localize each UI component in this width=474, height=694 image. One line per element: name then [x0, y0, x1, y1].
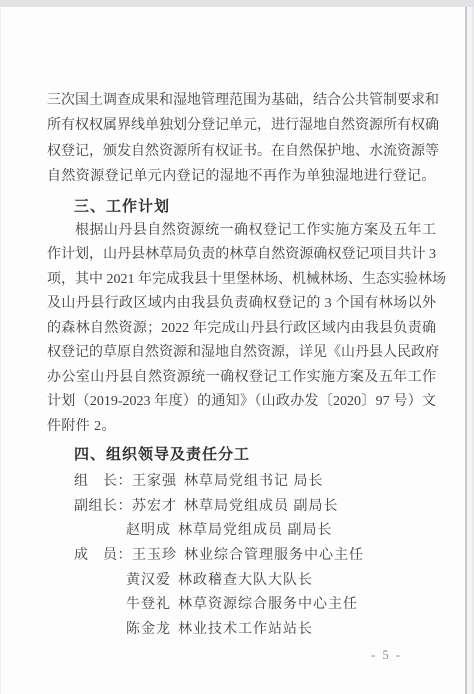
roster-person-name: 黄汉爱 [126, 569, 178, 594]
text-line: 作计划，山丹县林草局负责的林草自然资源确权登记项目共计 3 [47, 243, 436, 268]
work-plan-paragraph: 根据山丹县自然资源统一确权登记工作实施方案及五年工 作计划，山丹县林草局负责的林… [47, 219, 436, 440]
roster-role-label: 副组长： [74, 495, 132, 520]
intro-paragraph: 三次国土调查成果和湿地管理范围为基础，结合公共管制要求和 所有权权属界线单独划分… [47, 88, 436, 190]
roster-person-title: 林草局党组成员 副局长 [178, 519, 333, 544]
text-line: 权登记的草原自然资源和湿地自然资源，详见《山丹县人民政府 [47, 341, 436, 366]
text-line: 权登记，颁发自然资源所有权证书。在自然保护地、水流资源等 [47, 139, 436, 164]
text-line: 办公室山丹县自然资源统一确权登记工作实施方案及五年工作 [47, 366, 436, 391]
section-heading-work-plan: 三、工作计划 [74, 195, 436, 219]
text-line: 项，其中 2021 年完成我县十里堡林场、机械林场、生态实验林场 [47, 268, 436, 293]
roster-row-deputy-leader: 赵明成 林草局党组成员 副局长 [74, 519, 436, 544]
roster-person-title: 林草局党组书记 局长 [184, 470, 324, 495]
roster-row-member: 成 员： 王玉珍 林业综合管理服务中心主任 [74, 544, 436, 569]
roster-person-title: 林草资源综合服务中心主任 [178, 593, 358, 618]
leadership-roster: 组 长： 王家强 林草局党组书记 局长 副组长： 苏宏才 林草局党组成员 副局长… [74, 470, 436, 642]
roster-row-deputy-leader: 副组长： 苏宏才 林草局党组成员 副局长 [74, 495, 436, 520]
roster-person-name: 王家强 [132, 470, 184, 495]
roster-person-name: 赵明成 [126, 519, 178, 544]
page-edge-strip [467, 7, 474, 694]
scanner-background-band [0, 0, 474, 7]
roster-row-member: 陈金龙 林业技术工作站站长 [74, 618, 436, 643]
text-line: 件附件 2。 [47, 415, 436, 440]
document-page: 三次国土调查成果和湿地管理范围为基础，结合公共管制要求和 所有权权属界线单独划分… [0, 7, 466, 694]
text-line: 三次国土调查成果和湿地管理范围为基础，结合公共管制要求和 [47, 88, 436, 113]
section-heading-organization: 四、组织领导及责任分工 [74, 443, 436, 467]
roster-person-name: 陈金龙 [126, 618, 178, 643]
roster-person-name: 牛登礼 [126, 593, 178, 618]
page-number: - 5 - [47, 648, 436, 663]
text-line: 计划（2019-2023 年度）的通知》（山政办发〔2020〕97 号）文 [47, 390, 436, 415]
text-line: 根据山丹县自然资源统一确权登记工作实施方案及五年工 [47, 219, 436, 244]
roster-role-label: 组 长： [74, 470, 132, 495]
text-line: 及山丹县行政区域内由我县负责确权登记的 3 个国有林场以外 [47, 292, 436, 317]
roster-row-leader: 组 长： 王家强 林草局党组书记 局长 [74, 470, 436, 495]
roster-role-label: 成 员： [74, 544, 132, 569]
roster-person-title: 林政稽查大队大队长 [178, 569, 313, 594]
roster-row-member: 黄汉爱 林政稽查大队大队长 [74, 569, 436, 594]
roster-person-title: 林草局党组成员 副局长 [184, 495, 339, 520]
text-line: 自然资源登记单元内登记的湿地不再作为单独湿地进行登记。 [47, 164, 436, 189]
roster-person-title: 林业综合管理服务中心主任 [184, 544, 364, 569]
text-line: 的森林自然资源；2022 年完成山丹县行政区域内由我县负责确 [47, 317, 436, 342]
roster-person-name: 苏宏才 [132, 495, 184, 520]
scanned-document-page: 三次国土调查成果和湿地管理范围为基础，结合公共管制要求和 所有权权属界线单独划分… [0, 0, 474, 694]
roster-person-title: 林业技术工作站站长 [178, 618, 313, 643]
roster-row-member: 牛登礼 林草资源综合服务中心主任 [74, 593, 436, 618]
text-line: 所有权权属界线单独划分登记单元，进行湿地自然资源所有权确 [47, 113, 436, 138]
roster-person-name: 王玉珍 [132, 544, 184, 569]
